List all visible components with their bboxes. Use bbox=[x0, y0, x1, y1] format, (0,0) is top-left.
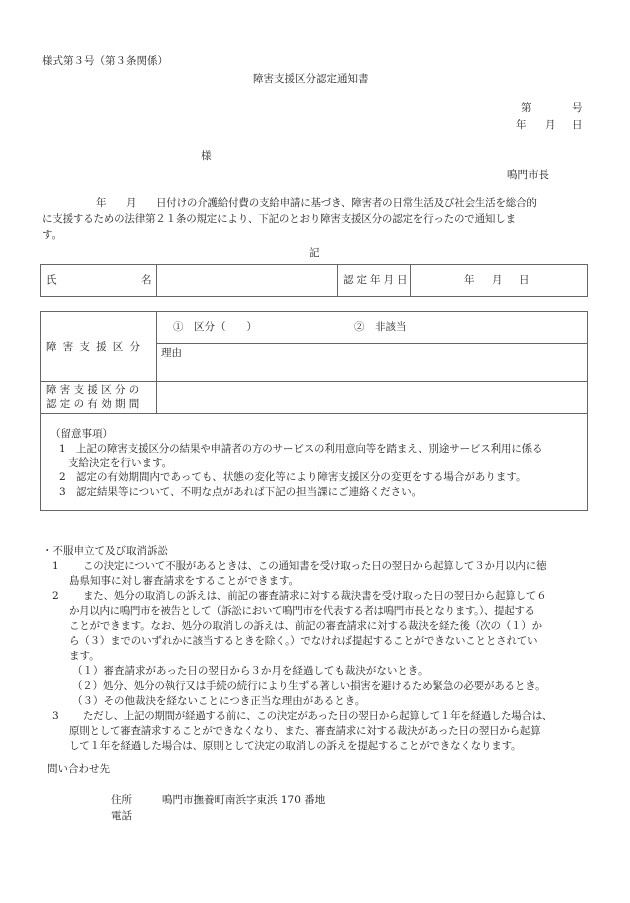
reason-label: 理由 bbox=[161, 348, 182, 359]
issuer: 鳴門市長 bbox=[507, 170, 549, 181]
appeal-2-sub3: （３）その他裁決を経ないことにつき正当な理由があるとき。 bbox=[72, 696, 365, 707]
issue-date-year: 年 bbox=[516, 120, 527, 131]
note-1-line2: 支給決定を行います。 bbox=[68, 458, 172, 469]
addressee-suffix: 様 bbox=[201, 151, 212, 162]
note-2-line1: 認定の有効期間内であっても、状態の変化等により障害支援区分の変更をする場合があり… bbox=[76, 472, 527, 483]
appeal-2-sub1: （１）審査請求があった日の翌日から３か月を経過しても裁決がないとき。 bbox=[72, 666, 428, 677]
option-not-applicable[interactable]: ② 非該当 bbox=[354, 322, 407, 333]
note-1-line1: 上記の障害支援区分の結果や申請者の方のサービスの利用意向等を踏まえ、別途サービス… bbox=[76, 444, 542, 455]
intro-month: 月 bbox=[126, 198, 137, 209]
category-label: 障害支援区分 bbox=[46, 342, 146, 353]
address-label: 住所 bbox=[111, 795, 132, 806]
option-category[interactable]: ① 区分（ ） bbox=[173, 322, 257, 333]
appeal-number-1: 1 bbox=[52, 561, 59, 572]
name-label-first: 氏 bbox=[46, 275, 57, 286]
appeal-2-line1: また、処分の取消しの訴えは、前記の審査請求に対する裁決書を受け取った日の翌日から… bbox=[83, 591, 547, 602]
name-label-last: 名 bbox=[141, 275, 152, 286]
doc-number-prefix: 第 bbox=[521, 103, 532, 114]
appeal-2-line3: ことができます。なお、処分の取消しの訴えは、前記の審査請求に対する裁決を経た後（… bbox=[69, 621, 542, 632]
cert-date-year[interactable]: 年 bbox=[464, 275, 475, 286]
intro-line1: 日付けの介護給付費の支給申請に基づき、障害者の日常生活及び社会生活を総合的 bbox=[156, 198, 537, 209]
appeal-1-line1: この決定について不服があるときは、この通知書を受け取った日の翌日から起算して３か… bbox=[83, 561, 546, 572]
doc-number-suffix: 号 bbox=[572, 103, 583, 114]
note-number-1: 1 bbox=[59, 444, 66, 455]
note-number-3: 3 bbox=[59, 487, 66, 498]
note-3-line1: 認定結果等について、不明な点があれば下記の担当課にご連絡ください。 bbox=[76, 487, 422, 498]
phone-label: 電話 bbox=[111, 811, 132, 822]
appeal-3-line2: 原則として審査請求することができなくなり、また、審査請求に対する裁決があった日の… bbox=[69, 726, 540, 737]
appeal-2-line2: か月以内に鳴門市を被告として（訴訟において鳴門市を代表する者は鳴門市長となります… bbox=[69, 606, 535, 617]
appeal-2-line5: ます。 bbox=[69, 651, 100, 662]
validity-label-line2: 認定の有効期間 bbox=[46, 399, 143, 410]
appeal-3-line3: して１年を経過した場合は、原則として決定の取消しの訴えを提起することができなくな… bbox=[69, 741, 521, 752]
appeal-heading: ・不服申立て及び取消訴訟 bbox=[42, 546, 168, 557]
note-number-2: 2 bbox=[59, 472, 66, 483]
cert-date-day[interactable]: 日 bbox=[519, 275, 530, 286]
applicant-table bbox=[40, 264, 588, 297]
notes-heading: （留意事項） bbox=[50, 429, 113, 440]
cert-date-month[interactable]: 月 bbox=[492, 275, 503, 286]
ki-heading: 記 bbox=[309, 248, 320, 259]
contact-heading: 問い合わせ先 bbox=[47, 764, 110, 775]
validity-label-line1: 障害支援区分の bbox=[46, 385, 143, 396]
appeal-2-sub2: （２）処分、処分の執行又は手続の続行により生ずる著しい損害を避けるため緊急の必要… bbox=[72, 681, 545, 692]
intro-year: 年 bbox=[96, 198, 107, 209]
document-title: 障害支援区分認定通知書 bbox=[253, 74, 369, 85]
intro-line3: す。 bbox=[42, 230, 62, 241]
address-value: 鳴門市撫養町南浜字東浜 170 番地 bbox=[162, 795, 325, 806]
intro-line2: に支援するための法律第２１条の規定により、下記のとおり障害支援区分の認定を行った… bbox=[42, 214, 516, 225]
appeal-number-3: 3 bbox=[52, 711, 59, 722]
appeal-number-2: 2 bbox=[52, 591, 59, 602]
issue-date-month: 月 bbox=[545, 120, 556, 131]
appeal-2-line4: ら（３）までのいずれかに該当するときを除く。）でなければ提起することができないこ… bbox=[69, 636, 537, 647]
form-number: 様式第３号（第３条関係） bbox=[42, 56, 168, 67]
issue-date-day: 日 bbox=[572, 120, 583, 131]
appeal-3-line1: ただし、上記の期間が経過する前に、この決定があった日の翌日から起算して１年を経過… bbox=[83, 711, 552, 722]
appeal-1-line2: 島県知事に対し審査請求をすることができます。 bbox=[69, 576, 299, 587]
cert-date-label: 認定年月日 bbox=[343, 275, 411, 286]
